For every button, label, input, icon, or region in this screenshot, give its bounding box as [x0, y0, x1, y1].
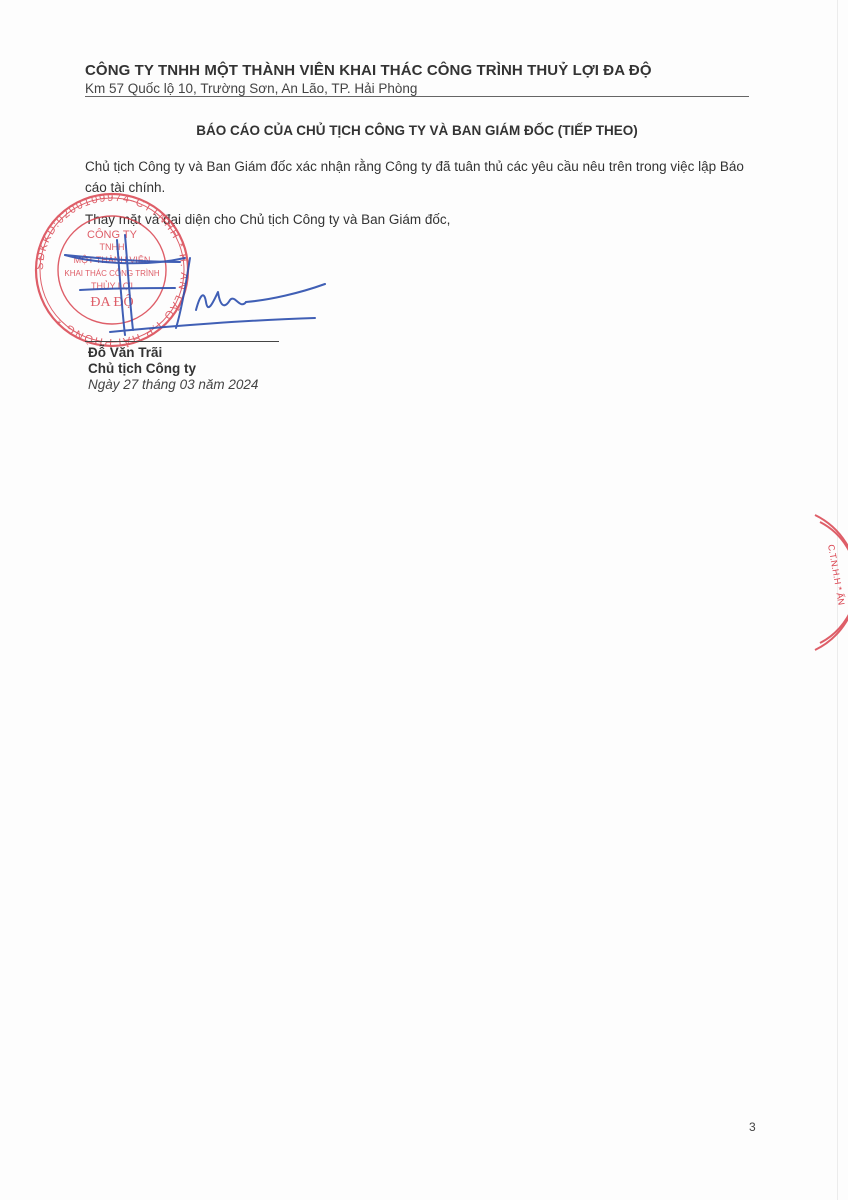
page-number: 3 [749, 1120, 756, 1134]
edge-seal-text: C.T.N.H.H * ẤN [826, 544, 847, 606]
edge-seal-fragment: C.T.N.H.H * ẤN [0, 0, 848, 1200]
